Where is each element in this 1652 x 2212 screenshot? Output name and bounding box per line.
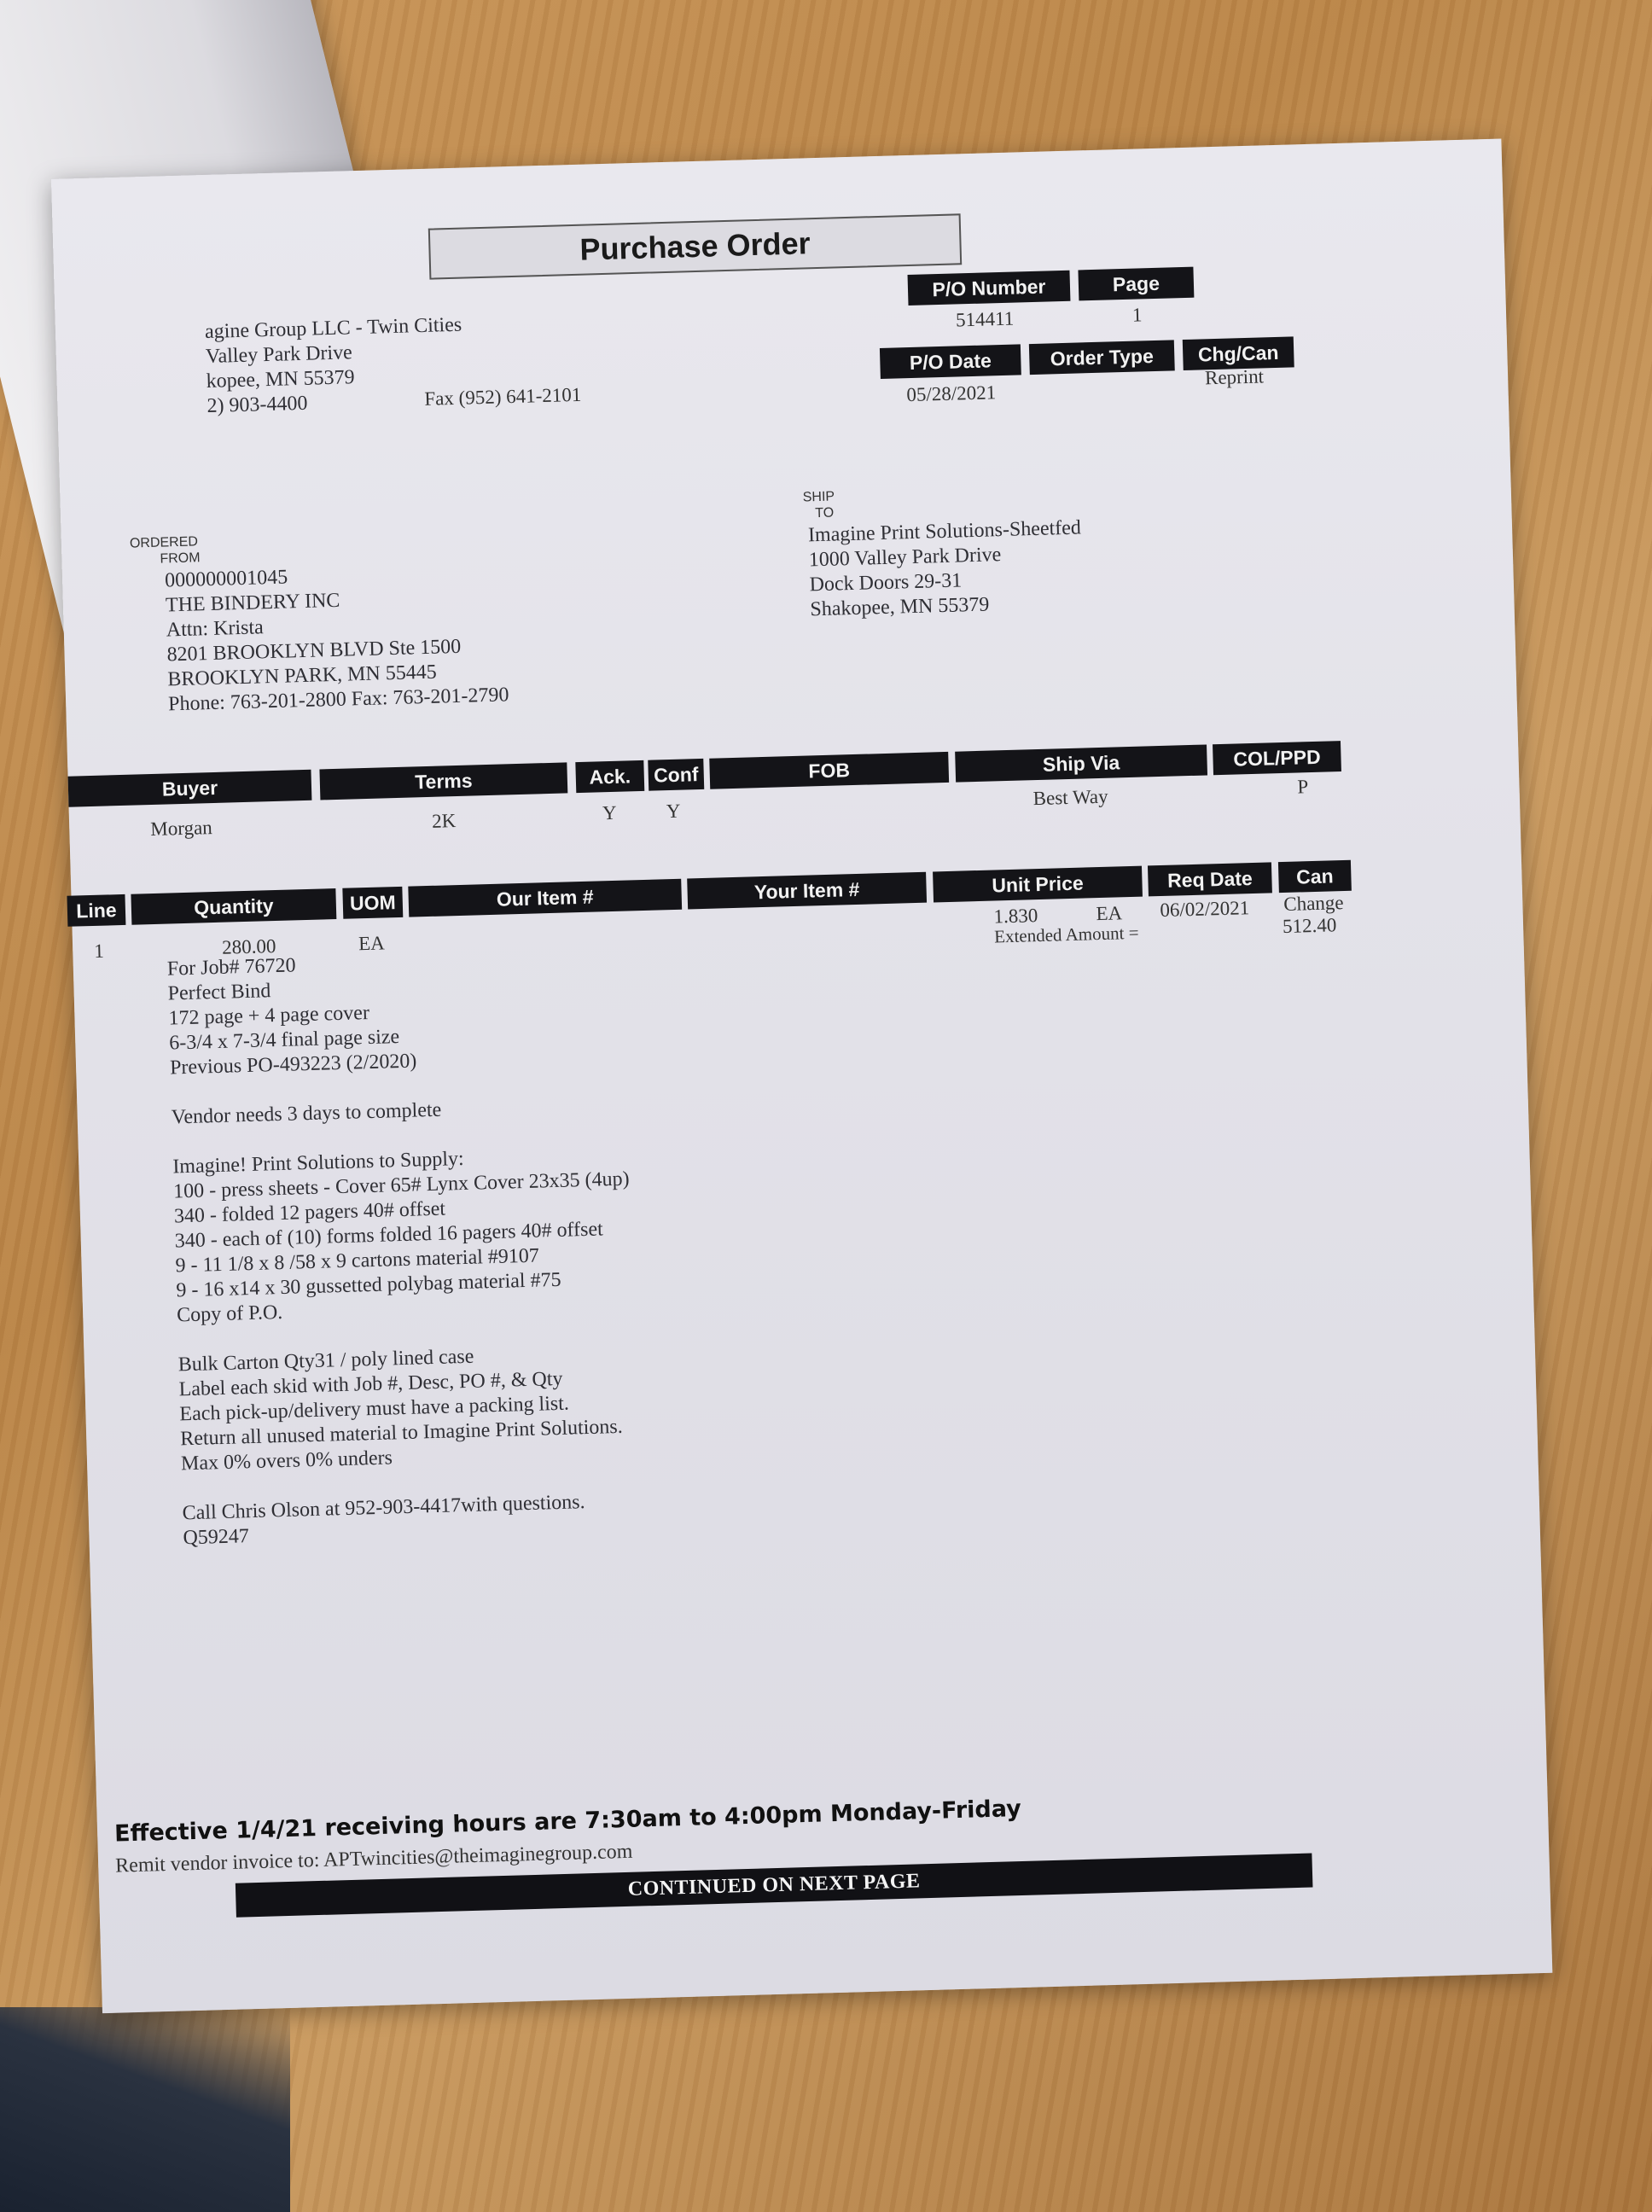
terms-value: 2K [432,810,457,833]
unit-price-header: Unit Price [933,866,1143,903]
buyer-value: Morgan [150,817,212,841]
line-description: For Job# 76720 Perfect Bind 172 page + 4… [167,945,640,1551]
po-date-value: 05/28/2021 [906,381,996,406]
col-ppd-value: P [1297,776,1309,798]
req-date-header: Req Date [1148,862,1272,896]
our-item-header: Our Item # [408,879,682,917]
unit-price-uom: EA [1096,902,1122,925]
order-type-header: Order Type [1029,340,1175,375]
terms-header: Terms [319,762,567,800]
extended-amount-value: 512.40 [1283,914,1337,938]
col-ppd-header: COL/PPD [1213,741,1341,775]
conf-header: Conf [648,759,704,791]
extended-amount-label: Extended Amount = [994,923,1139,948]
ship-to-label: SHIP TO [802,489,835,522]
your-item-header: Your Item # [687,872,927,910]
vendor-address: 000000001045 THE BINDERY INC Attn: Krist… [165,559,509,717]
dark-object-corner [0,2007,290,2212]
po-number-value: 514411 [956,308,1015,332]
req-date-value: 06/02/2021 [1160,897,1249,922]
ack-header: Ack. [575,760,644,793]
line-number: 1 [94,940,104,963]
po-date-header: P/O Date [880,344,1021,379]
purchase-order-sheet: Purchase Order agine Group LLC - Twin Ci… [51,139,1552,2014]
fob-header: FOB [709,752,949,789]
ship-to-address: Imagine Print Solutions-Sheetfed 1000 Va… [808,515,1084,622]
company-fax: Fax (952) 641-2101 [424,384,582,410]
uom-header: UOM [342,887,403,919]
remit-invoice-line: Remit vendor invoice to: APTwincities@th… [115,1841,633,1878]
conf-value: Y [666,800,681,823]
quantity-header: Quantity [131,888,336,925]
buyer-header: Buyer [68,770,312,807]
ordered-from-label: ORDERED FROM [130,533,201,568]
chg-can-value: Reprint [1205,365,1265,389]
receiving-hours-notice: Effective 1/4/21 receiving hours are 7:3… [114,1796,1021,1848]
page-value: 1 [1132,304,1143,326]
document-title: Purchase Order [428,213,962,279]
page-header: Page [1078,267,1194,301]
line-header: Line [67,894,125,927]
can-value: Change [1283,892,1344,916]
po-number-header: P/O Number [908,271,1071,306]
ship-via-value: Best Way [1032,786,1108,810]
ack-value: Y [602,802,617,824]
can-header: Can [1278,860,1352,893]
chg-can-header: Chg/Can [1183,336,1294,370]
ship-via-header: Ship Via [955,744,1207,782]
